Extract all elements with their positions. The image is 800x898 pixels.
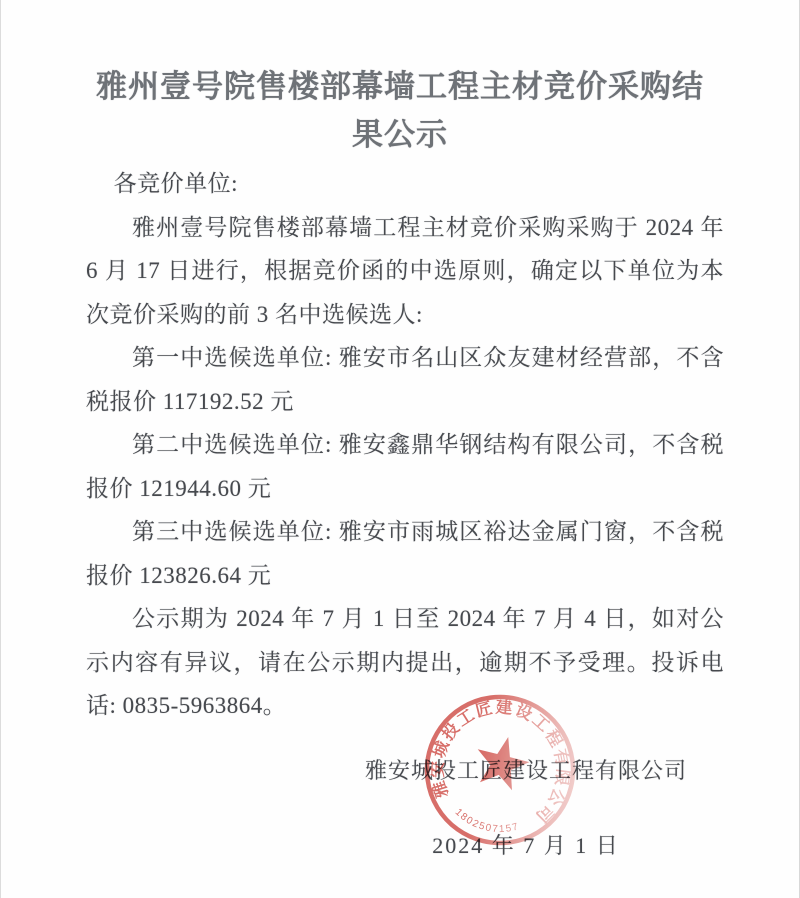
salutation: 各竞价单位: — [86, 162, 724, 206]
document-body: 各竞价单位: 雅州壹号院售楼部幕墙工程主材竞价采购采购于 2024 年 6 月 … — [86, 162, 724, 728]
document-page: 雅州壹号院售楼部幕墙工程主材竞价采购结果公示 各竞价单位: 雅州壹号院售楼部幕墙… — [0, 0, 800, 898]
paragraph: 公示期为 2024 年 7 月 1 日至 2024 年 7 月 4 日，如对公示… — [86, 597, 724, 728]
signature-company-name: 雅安城投工匠建设工程有限公司 — [341, 757, 711, 785]
paragraph: 第二中选候选单位: 雅安鑫鼎华钢结构有限公司，不含税报价 121944.60 元 — [86, 423, 724, 510]
paragraph: 第三中选候选单位: 雅安市雨城区裕达金属门窗，不含税报价 123826.64 元 — [86, 510, 724, 597]
paragraph: 第一中选候选单位: 雅安市名山区众友建材经营部，不含税报价 117192.52 … — [86, 336, 724, 423]
signature-block: 雅安城投工匠建设工程有限公司 2024 年 7 月 1 日 — [341, 757, 711, 860]
signature-date: 2024 年 7 月 1 日 — [341, 832, 711, 860]
paragraph: 雅州壹号院售楼部幕墙工程主材竞价采购采购于 2024 年 6 月 17 日进行，… — [86, 206, 724, 337]
document-title: 雅州壹号院售楼部幕墙工程主材竞价采购结果公示 — [89, 63, 711, 159]
